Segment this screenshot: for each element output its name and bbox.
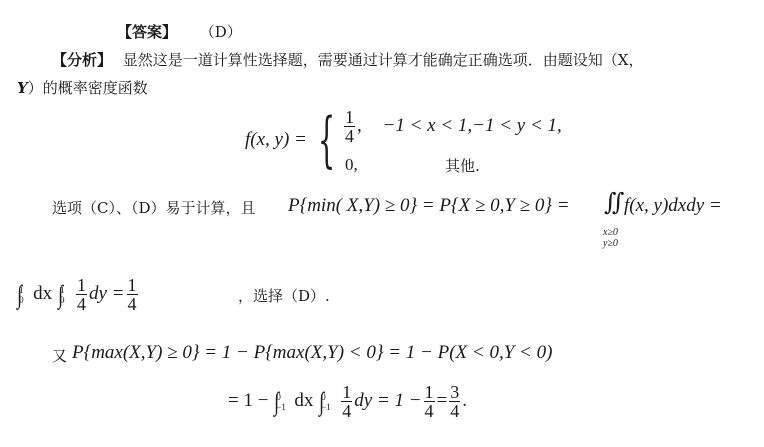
answer-line: 【答案】 （D） (117, 22, 242, 42)
final-line: = 1 − ∫0−1dx ∫0−114dy = 1 −14=34. (228, 383, 467, 433)
region-x: x≥0 (603, 227, 618, 238)
analysis-line-1: 【分析】 显然这是一道计算性选择题，需要通过计算才能确定正确选项．由题设知（X， (52, 50, 643, 70)
fraction-quarter: 1 4 (344, 108, 355, 145)
analysis-line-2: Y）的概率密度函数 (17, 78, 148, 98)
var-y: Y (17, 79, 28, 97)
max-expression: P{max(X,Y) ≥ 0} = 1 − P{max(X,Y) < 0} = … (72, 343, 552, 363)
min-expression: P{min( X,Y) ≥ 0} = P{X ≥ 0,Y ≥ 0} = (288, 196, 570, 216)
density-case-2-cond: 其他. (445, 156, 480, 176)
case-brace: { (318, 110, 335, 170)
integral-line: ∫10dx ∫1014dy =14 (16, 276, 140, 326)
integral-conclusion: ，选择（D）. (238, 286, 330, 306)
max-line-prefix: 又 (52, 346, 67, 366)
density-case-2: 0, (345, 155, 358, 175)
region-y: y≥0 (603, 238, 618, 249)
density-case-1: 1 4 , −1 < x < 1,−1 < y < 1, (342, 108, 562, 145)
options-text: 选项（C）、（D）易于计算，且 (52, 199, 256, 217)
answer-label: 【答案】 (117, 23, 177, 41)
double-integral: ∬ (604, 193, 624, 213)
analysis-text: 显然这是一道计算性选择题，需要通过计算才能确定正确选项．由题设知（X， (123, 51, 644, 69)
density-lhs: f(x, y) = (245, 130, 307, 150)
analysis-text-2: ）的概率密度函数 (28, 79, 148, 97)
analysis-label: 【分析】 (52, 51, 112, 69)
integrand: f(x, y)dxdy = (624, 196, 722, 216)
options-line: 选项（C）、（D）易于计算，且 (52, 198, 256, 218)
answer-value: （D） (200, 23, 242, 41)
case-1-condition: −1 < x < 1,−1 < y < 1, (383, 115, 562, 136)
